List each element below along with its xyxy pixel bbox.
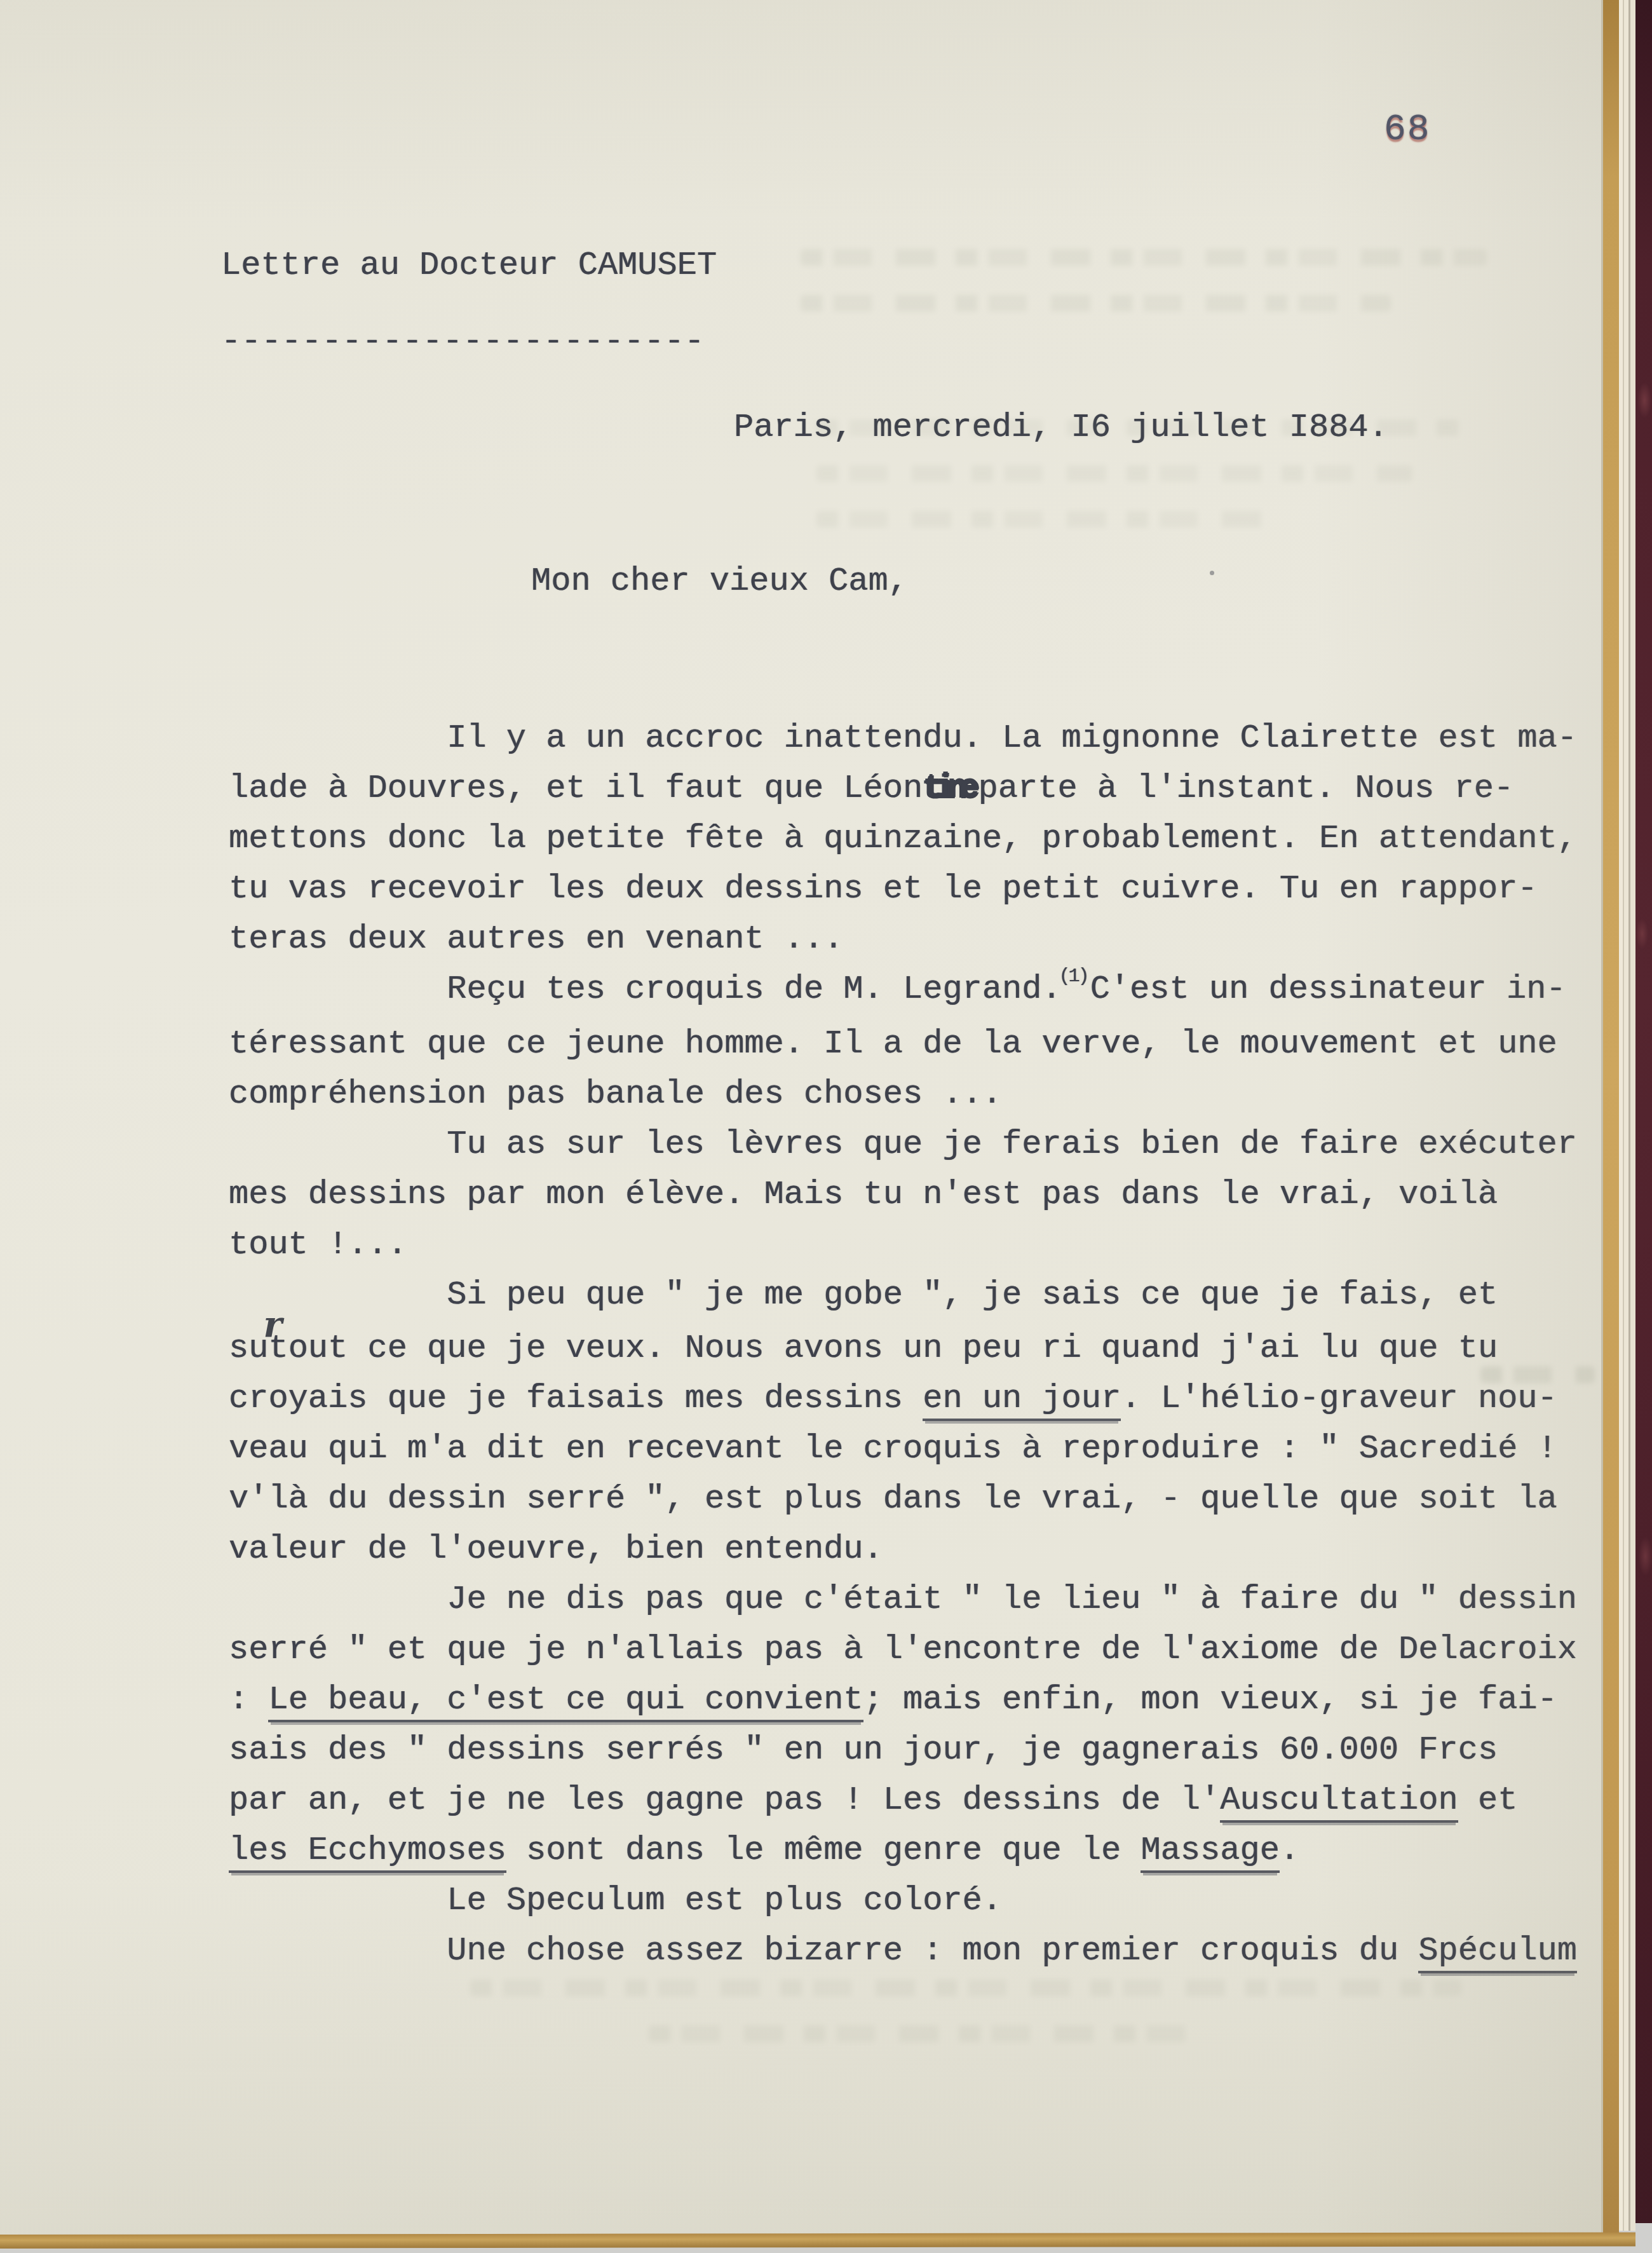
- letter-line: serré " et que je n'allais pas à l'encon…: [229, 1624, 1577, 1675]
- segment-overstrike: tine: [923, 770, 972, 807]
- segment-text: Une chose assez bizarre : mon premier cr…: [447, 1932, 1418, 1970]
- letter-line: teras deux autres en venant ...: [229, 914, 1577, 964]
- letter-line: tout !...: [229, 1220, 1577, 1270]
- segment-text: Si peu que " je me gobe ", je sais ce qu…: [447, 1276, 1498, 1314]
- segment-text: veau qui m'a dit en recevant le croquis …: [229, 1430, 1557, 1467]
- segment-text: mes dessins par mon élève. Mais tu n'est…: [229, 1176, 1498, 1213]
- segment-text: tout ce que je veux. Nous avons un peu r…: [268, 1330, 1498, 1367]
- page-paper: 68 Lettre au Docteur CAMUSET -----------…: [0, 0, 1603, 2235]
- segment-text: tout !...: [229, 1226, 407, 1263]
- segment-u: Le beau, c'est ce qui convient: [268, 1681, 863, 1722]
- salutation: Mon cher vieux Cam,: [531, 562, 908, 601]
- page-number: 68: [1384, 109, 1431, 151]
- scanned-letter-page: 68 Lettre au Docteur CAMUSET -----------…: [0, 0, 1652, 2253]
- segment-text: tu vas recevoir les deux dessins et le p…: [229, 870, 1538, 908]
- segment-text: valeur de l'oeuvre, bien entendu.: [229, 1530, 883, 1568]
- segment-text: Tu as sur les lèvres que je ferais bien …: [447, 1126, 1577, 1163]
- segment-text: compréhension pas banale des choses ...: [229, 1075, 1002, 1113]
- segment-text: su: [229, 1330, 268, 1367]
- letter-line: par an, et je ne les gagne pas ! Les des…: [229, 1775, 1577, 1825]
- page-block-bottom-edge: [0, 2232, 1635, 2249]
- bleedthrough-smudge: [470, 1980, 1461, 2071]
- letter-line: Une chose assez bizarre : mon premier cr…: [229, 1926, 1577, 1976]
- letter-line: Si peu que " je me gobe ", je sais ce qu…: [229, 1270, 1577, 1320]
- segment-text: v'là du dessin serré ", est plus dans le…: [229, 1480, 1557, 1518]
- segment-text: sais des " dessins serrés " en un jour, …: [229, 1731, 1498, 1769]
- letter-line: Reçu tes croquis de M. Legrand.(1)C'est …: [229, 964, 1577, 1019]
- letter-line: Le Speculum est plus coloré.: [229, 1875, 1577, 1926]
- dateline: Paris, mercredi, I6 juillet I884.: [734, 409, 1388, 447]
- segment-text: teras deux autres en venant ...: [229, 920, 843, 958]
- underlying-page-edge: [1619, 0, 1635, 2231]
- segment-text: . L'hélio-graveur nou-: [1121, 1380, 1557, 1417]
- letter-line: compréhension pas banale des choses ...: [229, 1069, 1577, 1119]
- segment-text: :: [229, 1681, 268, 1719]
- segment-u: en un jour: [923, 1380, 1121, 1421]
- segment-sup: (1): [1059, 952, 1088, 1002]
- segment-text: parte à l'instant. Nous re-: [978, 770, 1514, 807]
- segment-text: serré " et que je n'allais pas à l'encon…: [229, 1631, 1577, 1668]
- segment-text: Je ne dis pas que c'était " le lieu " à …: [447, 1581, 1577, 1618]
- letter-line: : Le beau, c'est ce qui convient; mais e…: [229, 1675, 1577, 1725]
- letter-line: lade à Douvres, et il faut que Léontinep…: [229, 763, 1577, 813]
- segment-text: et: [1458, 1781, 1518, 1819]
- segment-u: les Ecchymoses: [229, 1832, 506, 1873]
- segment-u: Spéculum: [1418, 1932, 1577, 1973]
- segment-text: par an, et je ne les gagne pas ! Les des…: [229, 1781, 1220, 1819]
- segment-text: mettons donc la petite fête à quinzaine,…: [229, 820, 1577, 857]
- letter-line: surtout ce que je veux. Nous avons un pe…: [229, 1320, 1577, 1373]
- segment-u: Massage: [1141, 1832, 1279, 1873]
- segment-text: croyais que je faisais mes dessins: [229, 1380, 923, 1417]
- segment-text: lade à Douvres, et il faut que Léon: [229, 770, 923, 807]
- segment-text: C'est un dessinateur in-: [1090, 970, 1566, 1008]
- letter-line: Il y a un accroc inattendu. La mignonne …: [229, 713, 1577, 763]
- letter-body: Il y a un accroc inattendu. La mignonne …: [229, 713, 1577, 1976]
- bleedthrough-smudge: [801, 249, 1487, 341]
- segment-text: sont dans le même genre que le: [506, 1832, 1141, 1869]
- letter-line: valeur de l'oeuvre, bien entendu.: [229, 1524, 1577, 1574]
- letter-line: téressant que ce jeune homme. Il a de la…: [229, 1019, 1577, 1069]
- segment-text: téressant que ce jeune homme. Il a de la…: [229, 1025, 1557, 1063]
- page-block-edge: [1603, 0, 1619, 2235]
- letter-line: mes dessins par mon élève. Mais tu n'est…: [229, 1169, 1577, 1220]
- letter-line: tu vas recevoir les deux dessins et le p…: [229, 864, 1577, 914]
- segment-text: Reçu tes croquis de M. Legrand.: [447, 970, 1061, 1008]
- letter-line: Tu as sur les lèvres que je ferais bien …: [229, 1119, 1577, 1169]
- segment-text: .: [1280, 1832, 1299, 1869]
- segment-text: Il y a un accroc inattendu. La mignonne …: [447, 719, 1577, 757]
- letter-line: les Ecchymoses sont dans le même genre q…: [229, 1825, 1577, 1875]
- letter-line: Je ne dis pas que c'était " le lieu " à …: [229, 1574, 1577, 1624]
- letter-line: v'là du dessin serré ", est plus dans le…: [229, 1474, 1577, 1524]
- letter-line: mettons donc la petite fête à quinzaine,…: [229, 813, 1577, 864]
- book-cover-edge: [1635, 0, 1652, 2223]
- ink-speck: [1210, 571, 1214, 575]
- segment-text: Le Speculum est plus coloré.: [447, 1882, 1002, 1919]
- title-underline-dashes: ------------------------: [221, 317, 705, 367]
- letter-line: croyais que je faisais mes dessins en un…: [229, 1373, 1577, 1424]
- segment-u: Auscultation: [1220, 1781, 1458, 1823]
- segment-text: ; mais enfin, mon vieux, si je fai-: [863, 1681, 1557, 1719]
- letter-line: veau qui m'a dit en recevant le croquis …: [229, 1424, 1577, 1474]
- letter-line: sais des " dessins serrés " en un jour, …: [229, 1725, 1577, 1775]
- letter-title: Lettre au Docteur CAMUSET: [221, 247, 717, 285]
